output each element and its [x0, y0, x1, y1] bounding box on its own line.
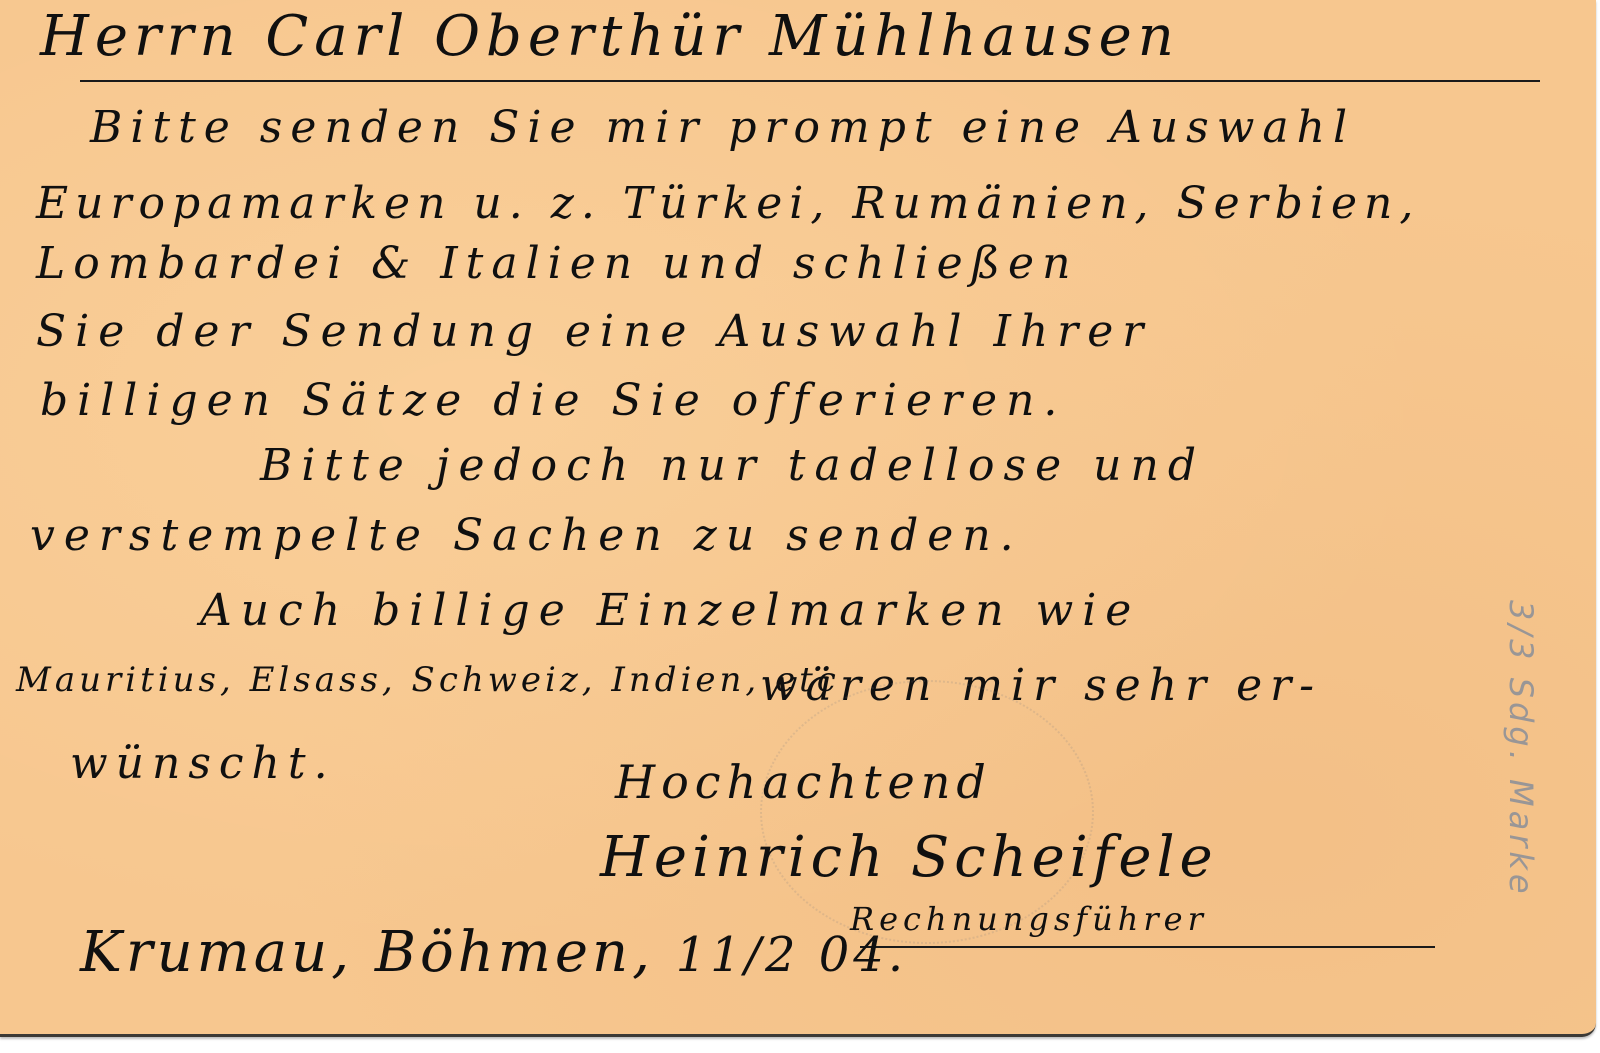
- signature: Heinrich Scheifele: [600, 825, 1218, 890]
- body-line-2: Europamarken u. z. Türkei, Rumänien, Ser…: [36, 178, 1420, 229]
- place-date-line: Krumau, Böhmen, 11/2 04.: [80, 920, 907, 985]
- body-line-7: verstempelte Sachen zu senden.: [30, 510, 1023, 561]
- body-line-8: Auch billige Einzelmarken wie: [200, 585, 1140, 636]
- postcard: Herrn Carl Oberthür Mühlhausen Bitte sen…: [0, 0, 1596, 1037]
- body-line-10: wären mir sehr er-: [760, 660, 1322, 711]
- body-line-9: Mauritius, Elsass, Schweiz, Indien, etc: [16, 660, 840, 700]
- date: 11/2 04.: [676, 927, 907, 983]
- body-line-6: Bitte jedoch nur tadellose und: [260, 440, 1205, 491]
- body-line-11: wünscht.: [70, 738, 336, 789]
- signer-title-underline: [860, 946, 1435, 948]
- pencil-margin-note: 3/3 Sdg. Marke: [1502, 600, 1540, 898]
- body-line-3: Lombardei & Italien und schließen: [36, 238, 1078, 289]
- address-underline: [80, 80, 1540, 82]
- address-line: Herrn Carl Oberthür Mühlhausen: [40, 4, 1180, 69]
- body-line-5: billigen Sätze die Sie offerieren.: [40, 375, 1066, 426]
- body-line-4: Sie der Sendung eine Auswahl Ihrer: [36, 306, 1152, 357]
- body-line-1: Bitte senden Sie mir prompt eine Auswahl: [90, 102, 1355, 153]
- closing: Hochachtend: [615, 755, 992, 809]
- place: Krumau, Böhmen,: [80, 920, 654, 985]
